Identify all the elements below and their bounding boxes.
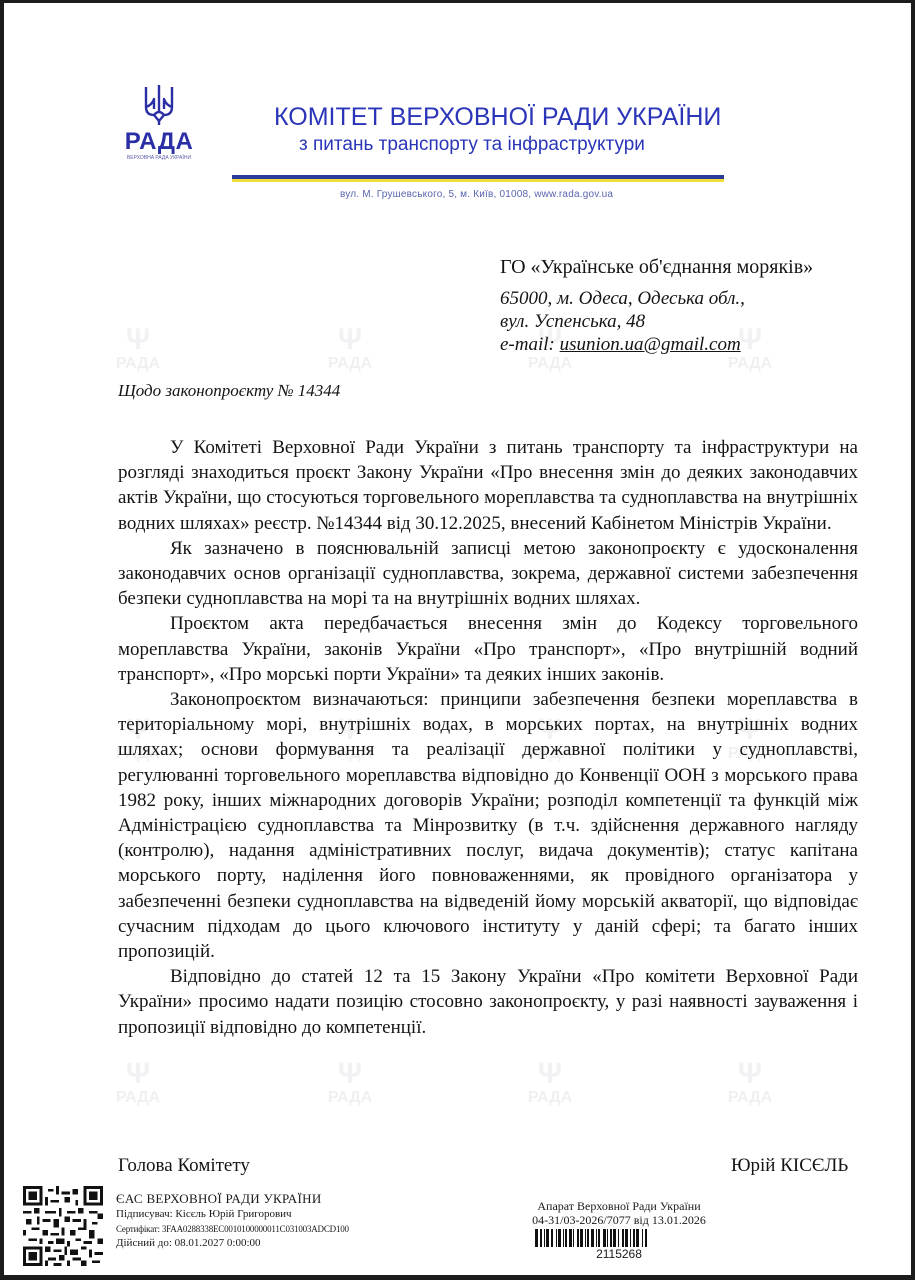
- watermark: ΨРАДА: [520, 1059, 580, 1107]
- watermark: ΨРАДА: [720, 1059, 780, 1107]
- trident-watermark-icon: Ψ: [108, 1059, 168, 1089]
- body-paragraph: Як зазначено в пояснювальній записці мет…: [118, 536, 858, 612]
- recipient-address-line1: 65000, м. Одеса, Одеська обл.,: [500, 287, 813, 310]
- recipient-organization: ГО «Українське об'єднання моряків»: [500, 255, 813, 279]
- esig-certificate: Сертифікат: 3FAA0288338EC0010100000011C0…: [116, 1222, 349, 1236]
- barcode-number: 2115268: [516, 1247, 722, 1261]
- committee-subtitle: з питань транспорту та інфраструктури: [299, 134, 645, 156]
- divider-yellow-stripe: [232, 179, 724, 182]
- document-page: ΨРАДА ΨРАДА ΨРАДА ΨРАДА ΨРАДА ΨРАДА ΨРАД…: [4, 3, 911, 1275]
- watermark: ΨРАДА: [320, 1059, 380, 1107]
- trident-watermark-icon: Ψ: [320, 1059, 380, 1089]
- trident-watermark-icon: Ψ: [720, 1059, 780, 1089]
- watermark-label: РАДА: [528, 1089, 572, 1106]
- qr-code-icon: [23, 1186, 103, 1266]
- body-paragraph: Відповідно до статей 12 та 15 Закону Укр…: [118, 964, 858, 1040]
- esig-valid-until: Дійсний до: 08.01.2027 0:00:00: [116, 1236, 349, 1251]
- esig-signer: Підписувач: Кісєль Юрій Григорович: [116, 1207, 349, 1222]
- watermark-label: РАДА: [728, 355, 772, 372]
- trident-watermark-icon: Ψ: [320, 325, 380, 355]
- trident-watermark-icon: Ψ: [520, 1059, 580, 1089]
- watermark-label: РАДА: [328, 355, 372, 372]
- logo-subtext: ВЕРХОВНА РАДА УКРАЇНИ: [114, 155, 204, 161]
- signer-title: Голова Комітету: [118, 1155, 250, 1177]
- registration-number: 04-31/03-2026/7077 від 13.01.2026: [516, 1213, 722, 1227]
- watermark-label: РАДА: [116, 355, 160, 372]
- subject-line: Щодо законопроєкту № 14344: [118, 381, 340, 401]
- watermark: ΨРАДА: [320, 325, 380, 373]
- watermark-label: РАДА: [728, 1089, 772, 1106]
- barcode-icon: [535, 1229, 703, 1247]
- committee-title: КОМІТЕТ ВЕРХОВНОЇ РАДИ УКРАЇНИ: [274, 103, 754, 131]
- logo-text: РАДА: [114, 129, 204, 155]
- watermark: ΨРАДА: [108, 1059, 168, 1107]
- flag-divider: [232, 175, 724, 182]
- watermark: ΨРАДА: [108, 325, 168, 373]
- email-label: e-mail:: [500, 334, 560, 355]
- recipient-address-line2: вул. Успенська, 48: [500, 310, 813, 333]
- body-paragraph: У Комітеті Верховної Ради України з пита…: [118, 435, 858, 536]
- esig-system: ЄАС ВЕРХОВНОЇ РАДИ УКРАЇНИ: [116, 1191, 349, 1207]
- watermark-label: РАДА: [528, 355, 572, 372]
- trident-icon: [142, 83, 176, 127]
- registration-stamp: Апарат Верховної Ради України 04-31/03-2…: [516, 1199, 722, 1261]
- rada-logo: РАДА ВЕРХОВНА РАДА УКРАЇНИ: [114, 83, 204, 161]
- recipient-block: ГО «Українське об'єднання моряків» 65000…: [500, 255, 813, 356]
- body-paragraph: Проєктом акта передбачається внесення зм…: [118, 611, 858, 687]
- letter-body: У Комітеті Верховної Ради України з пита…: [118, 435, 858, 1040]
- committee-address: вул. М. Грушевського, 5, м. Київ, 01008,…: [340, 189, 613, 200]
- watermark-label: РАДА: [116, 1089, 160, 1106]
- body-paragraph: Законопроєктом визначаються: принципи за…: [118, 687, 858, 964]
- recipient-email-line: e-mail: usunion.ua@gmail.com: [500, 333, 813, 356]
- signer-name: Юрій КІСЄЛЬ: [731, 1155, 848, 1177]
- electronic-signature-block: ЄАС ВЕРХОВНОЇ РАДИ УКРАЇНИ Підписувач: К…: [116, 1191, 349, 1251]
- trident-watermark-icon: Ψ: [108, 325, 168, 355]
- email-link[interactable]: usunion.ua@gmail.com: [560, 334, 741, 355]
- watermark-label: РАДА: [328, 1089, 372, 1106]
- registration-organization: Апарат Верховної Ради України: [516, 1199, 722, 1213]
